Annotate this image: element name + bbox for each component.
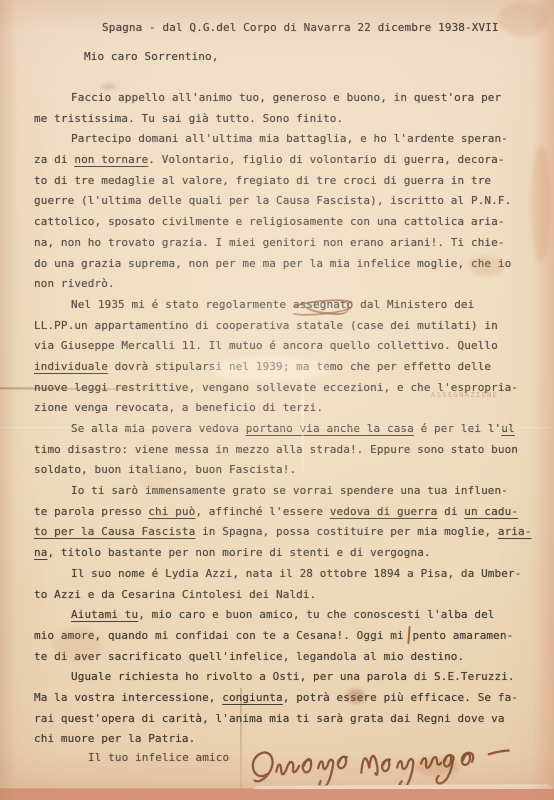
letter-line: za di non tornare. Volontario, figlio di… (34, 150, 550, 171)
stain (498, 2, 548, 36)
text-segment: to di tre medaglie al valore, fregiato d… (34, 174, 491, 187)
text-segment: non rivedrò. (34, 277, 115, 290)
text-segment: chi muore per la Patria. (34, 732, 195, 745)
letter-line: mio amore, quando mi confidai con te a C… (34, 626, 550, 647)
letter-line: Ma la vostra intercessione, congiunta, p… (34, 688, 550, 709)
text-segment: guerre (l'ultima delle quali per la Caus… (34, 194, 511, 207)
text-segment: soldato, buon italiano, buon Fascista!. (34, 463, 296, 476)
underlined-text: congiunta (222, 691, 283, 704)
overwritten-word: assegnato (293, 298, 354, 311)
letter-body: Faccio appello all'animo tuo, generoso e… (34, 88, 550, 750)
text-segment: Partecipo domani all'ultima mia battagli… (71, 132, 508, 145)
letter-line: cattolico, sposato civilmente e religios… (34, 212, 550, 233)
letter-line: to per la Causa Fascista in Spagna, poss… (34, 522, 550, 543)
letter-line: to Azzi e da Cesarina Cintolesi dei Nald… (34, 585, 550, 606)
text-segment: dovrà stipularsi nel 1939; ma temo che p… (108, 360, 491, 373)
letter-line: Il suo nome é Lydia Azzi, nata il 28 ott… (34, 564, 550, 585)
text-segment: me tristissima. Tu sai già tutto. Sono f… (34, 112, 343, 125)
closing-line: Il tuo infelice amico (88, 751, 229, 764)
text-segment: in Spagna, possa costituire per mia mogl… (195, 525, 498, 538)
text-segment: zione venga revocata, a beneficio di ter… (34, 401, 323, 414)
text-segment: Faccio appello all'animo tuo, generoso e… (71, 91, 501, 104)
underlined-text: to per la Causa Fascista (34, 525, 195, 538)
letter-line: non rivedrò. (34, 274, 550, 295)
text-segment: Ma la vostra intercessione, (34, 691, 222, 704)
letter-line: na, non ho trovato grazia. I miei genito… (34, 233, 550, 254)
letter-line: guerre (l'ultima delle quali per la Caus… (34, 191, 550, 212)
underlined-text: na (34, 546, 47, 559)
text-segment: , mio caro e buon amico, tu che conosces… (138, 608, 494, 621)
text-segment: rai quest'opera di carità, l'anima mia t… (34, 712, 505, 725)
text-segment: te di aver sacrificato quell'infelice, l… (34, 650, 464, 663)
text-segment: Io ti sarò immensamente grato se vorrai … (71, 484, 508, 497)
letter-line: me tristissima. Tu sai già tutto. Sono f… (34, 109, 550, 130)
margin-note-stamp: ASSEGNAZIONE (431, 391, 498, 399)
underlined-text: vedova di guerra (330, 505, 438, 518)
salutation: Mio caro Sorrentino, (84, 50, 218, 63)
letter-line: Nel 1935 mi é stato regolarmente assegna… (34, 295, 550, 316)
text-segment: timo disastro: viene messa in mezzo alla… (34, 443, 518, 456)
text-segment: za di (34, 153, 74, 166)
letter-line: te parola presso chi può, affinché l'ess… (34, 502, 550, 523)
letter-line: timo disastro: viene messa in mezzo alla… (34, 440, 550, 461)
text-segment: Il suo nome é Lydia Azzi, nata il 28 ott… (71, 567, 521, 580)
text-segment: mio amore, quando mi confidai con te a C… (34, 629, 410, 642)
letter-line: na, titolo bastante per non morire di st… (34, 543, 550, 564)
text-segment: te parola presso (34, 505, 148, 518)
letter-line: soldato, buon italiano, buon Fascista!. (34, 460, 550, 481)
underlined-text: individuale (34, 360, 108, 373)
text-segment: dal Ministero dei (353, 298, 474, 311)
letter-line: Faccio appello all'animo tuo, generoso e… (34, 88, 550, 109)
letter-line: Io ti sarò immensamente grato se vorrai … (34, 481, 550, 502)
letter-line: do una grazia suprema, non per me ma per… (34, 254, 550, 275)
letter-line: via Giuseppe Mercalli 11. Il mutuo é anc… (34, 336, 550, 357)
letter-line: te di aver sacrificato quell'infelice, l… (34, 647, 550, 668)
text-segment: . Volontario, figlio di volontario di gu… (148, 153, 504, 166)
underlined-text: un cadu- (464, 505, 518, 518)
letter-line: Partecipo domani all'ultima mia battagli… (34, 129, 550, 150)
text-segment: , titolo bastante per non morire di sten… (47, 546, 430, 559)
text-segment: to Azzi e da Cesarina Cintolesi dei Nald… (34, 588, 316, 601)
underlined-text: Aiutami tu (71, 608, 138, 621)
text-segment: via Giuseppe Mercalli 11. Il mutuo é anc… (34, 339, 498, 352)
letter-line: individuale dovrà stipularsi nel 1939; m… (34, 357, 550, 378)
letter-line: Aiutami tu, mio caro e buon amico, tu ch… (34, 605, 550, 626)
text-segment: na, non ho trovato grazia. I miei genito… (34, 236, 505, 249)
fold-highlight (0, 427, 554, 430)
letter-photo: Spagna - dal Q.G.del Corpo di Navarra 22… (0, 0, 554, 800)
text-segment: LL.PP.un appartamentino di cooperativa s… (34, 319, 498, 332)
underlined-text: non tornare (74, 153, 148, 166)
dateline: Spagna - dal Q.G.del Corpo di Navarra 22… (102, 21, 499, 34)
text-segment: , affinché l'essere (195, 505, 329, 518)
letter-line: to di tre medaglie al valore, fregiato d… (34, 171, 550, 192)
text-segment: , potrà essere più efficace. Se fa- (283, 691, 518, 704)
vertical-crease (301, 378, 304, 473)
underlined-text: chi può (148, 505, 195, 518)
text-segment: do una grazia suprema, non per me ma per… (34, 257, 511, 270)
underlined-text: aria- (498, 525, 532, 538)
photo-background-strip (0, 789, 554, 800)
letter-line: LL.PP.un appartamentino di cooperativa s… (34, 316, 550, 337)
text-segment: di (437, 505, 464, 518)
letter-line: zione venga revocata, a beneficio di ter… (34, 398, 550, 419)
text-segment: Uguale richiesta ho rivolto a Osti, per … (71, 670, 515, 683)
text-segment: Nel 1935 mi é stato regolarmente (71, 298, 293, 311)
letter-line: Uguale richiesta ho rivolto a Osti, per … (34, 667, 550, 688)
text-segment: pento amaramen- (412, 629, 513, 642)
text-segment: cattolico, sposato civilmente e religios… (34, 215, 505, 228)
